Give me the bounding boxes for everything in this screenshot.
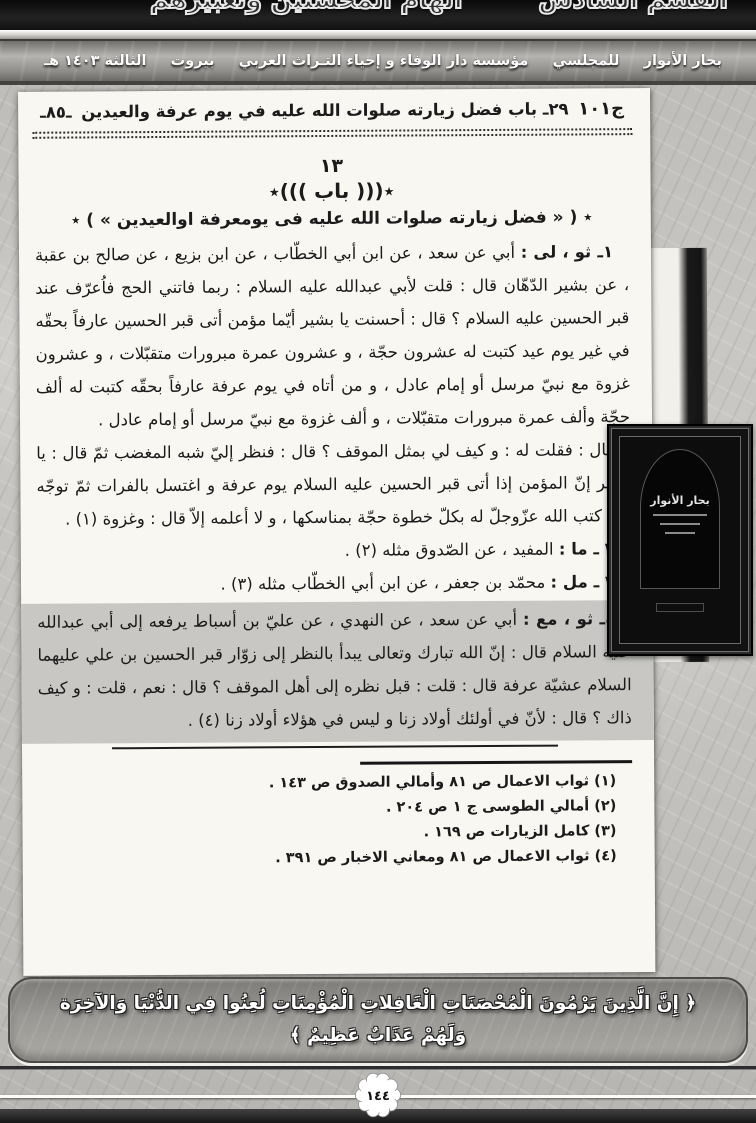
bab-decor-line: ٭((( باب )))٭ (35, 177, 629, 205)
page-ref-label: ـ٨٥ـ (40, 103, 72, 122)
hadith-entry-2: ٢ ـ ما : المفيد ، عن الصّدوق مثله (٢) . (37, 532, 631, 569)
hadith-1-continuation-text: قال : فقلت له : و كيف لي بمثل الموقف ؟ ق… (36, 440, 631, 528)
hadith-3-source-marker: ٣ ـ مل : (550, 572, 615, 591)
hadith-1-source-marker: ١ـ ثو ، لى : (521, 242, 613, 262)
book-cover-author-bar (660, 523, 700, 525)
hadith-entry-1-continuation: قال : فقلت له : و كيف لي بمثل الموقف ؟ ق… (36, 433, 631, 536)
hadith-4-source-marker: ٤ـ ثو ، مع : (523, 609, 615, 629)
hadith-entry-1: ١ـ ثو ، لى : أبي عن سعد ، عن ابن أبي الخ… (35, 235, 630, 437)
hadith-entry-3: ٣ ـ مل : محمّد بن جعفر ، عن ابن أبي الخط… (37, 565, 631, 602)
section-title: ٭ ( « فضل زيارته صلوات الله عليه فى يومع… (35, 207, 629, 231)
footnote-1: (١) ثواب الاعمال ص ٨١ وأمالي الصدوق ص ١٤… (38, 769, 616, 797)
footnote-4: (٤) ثواب الاعمال ص ٨١ ومعاني الاخبار ص ٣… (39, 844, 617, 872)
book-cover-frame: بحار الأنوار (619, 436, 741, 644)
verse-line-2: وَلَهُمْ عَذَابٌ عَظِيمٌ ﴾ (10, 1020, 746, 1052)
flower-badge-icon: ١٤٤ (351, 1068, 405, 1122)
highlight-underline (112, 745, 558, 750)
hadith-1-text: أبي عن سعد ، عن ابن أبي الخطّاب ، عن ابن… (35, 243, 630, 430)
city-label: بيروت (171, 53, 215, 69)
scanned-book-page-screen: { "top_banner": { "section_right": "القس… (0, 0, 756, 1123)
book-cover-author-bar-2 (665, 532, 695, 534)
page-number-text: ١٤٤ (366, 1089, 390, 1104)
top-band-section-center: الهام المحسنين وتعبيرهم (150, 0, 463, 14)
hadith-2-text: المفيد ، عن الصّدوق مثله (٢) . (345, 540, 554, 560)
author-label: للمجلسي (553, 53, 620, 69)
book-cover-thumbnail: بحار الأنوار (607, 424, 753, 656)
book-cover-publisher-mark (656, 603, 704, 612)
hadith-3-text: محمّد بن جعفر ، عن ابن أبي الخطّاب مثله … (220, 573, 545, 594)
footnotes-block: (١) ثواب الاعمال ص ٨١ وأمالي الصدوق ص ١٤… (38, 769, 633, 872)
volume-label: ج١٠١ (578, 98, 624, 119)
footnote-3: (٣) كامل الزيارات ص ١٦٩ . (38, 819, 616, 847)
verse-banner: ﴿ إِنَّ الَّذِينَ يَرْمُونَ الْمُحْصَنَا… (8, 977, 748, 1063)
book-title-label: بحار الأنوار (644, 53, 722, 69)
running-header: ج١٠١ ٢٩ـ باب فضل زيارته صلوات الله عليه … (34, 96, 628, 123)
dotted-separator (32, 128, 632, 139)
section-number: ١٣ (34, 153, 628, 179)
page-number-badge: ١٤٤ (351, 1068, 405, 1122)
chapter-ref-label: ٢٩ـ باب فضل زيارته صلوات الله عليه في يو… (81, 99, 569, 121)
verse-line-1: ﴿ إِنَّ الَّذِينَ يَرْمُونَ الْمُحْصَنَا… (10, 988, 746, 1020)
footnote-separator (360, 760, 632, 765)
book-cover-arch-ornament: بحار الأنوار (640, 449, 720, 589)
publisher-info-bar: بحار الأنوار للمجلسي مؤسسة دار الوفاء و … (0, 39, 756, 85)
book-cover-subtitle-bar (653, 514, 707, 516)
edition-label: الثالثة ١٤٠٣ هـ (44, 53, 146, 69)
top-band-glow-strip (0, 30, 756, 39)
top-band-section-right: القسم السادس (538, 0, 728, 14)
highlighted-hadith-block: ٤ـ ثو ، مع : أبي عن سعد ، عن النهدي ، عن… (21, 600, 654, 744)
book-cover-title: بحار الأنوار (650, 494, 709, 507)
hadith-entry-4: ٤ـ ثو ، مع : أبي عن سعد ، عن النهدي ، عن… (37, 602, 632, 738)
footnote-2: (٢) أمالي الطوسى ج ١ ص ٢٠٤ . (38, 794, 616, 822)
top-title-band: القسم السادس الهام المحسنين وتعبيرهم (0, 0, 756, 30)
scanned-page: ج١٠١ ٢٩ـ باب فضل زيارته صلوات الله عليه … (18, 88, 655, 976)
publisher-label: مؤسسة دار الوفاء و إحياء التـراث العربي (239, 53, 529, 69)
